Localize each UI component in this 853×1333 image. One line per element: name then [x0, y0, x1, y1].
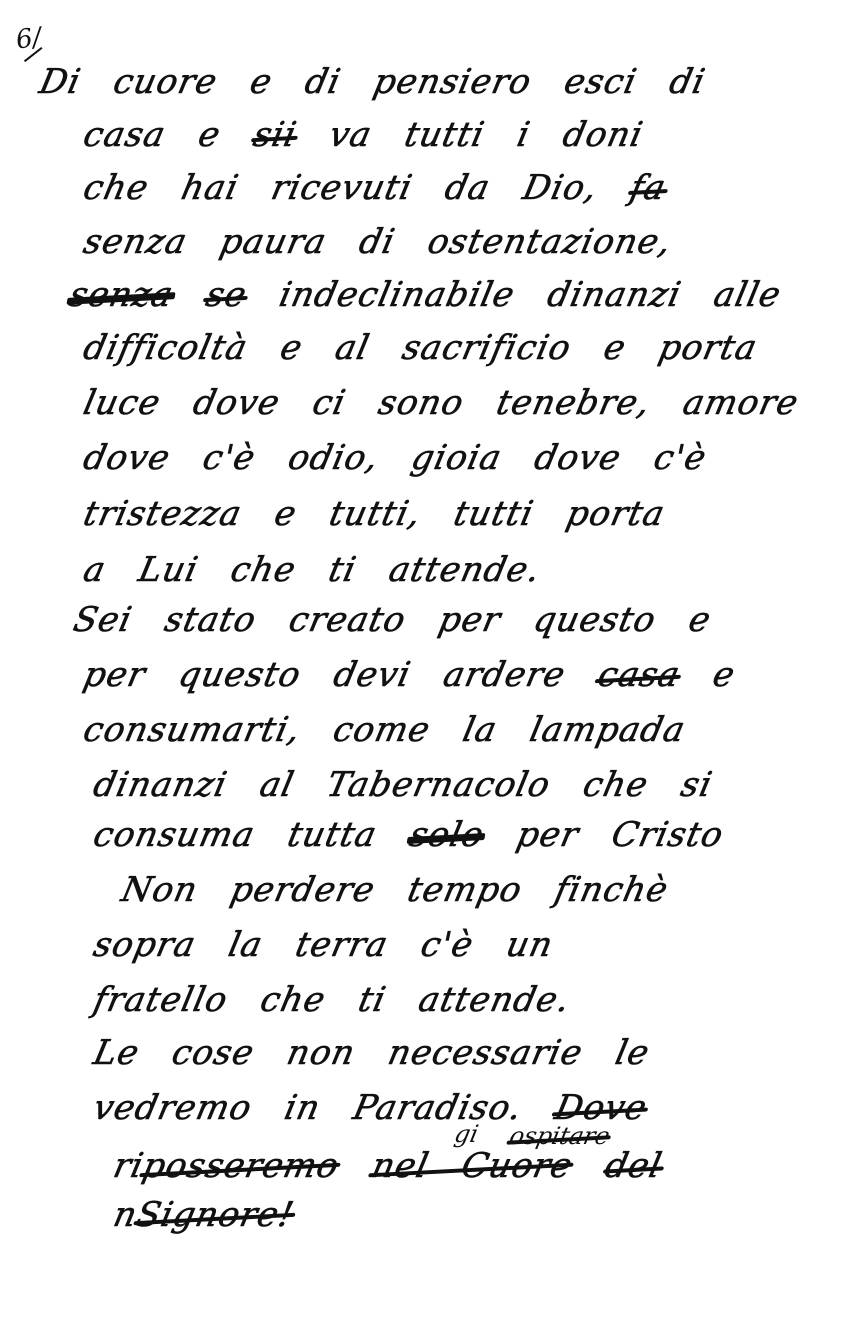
manuscript-page: 6/ Di cuore e di pensiero esci dicasa e … — [0, 0, 853, 1333]
line-text: Non perdere tempo finchè — [118, 870, 672, 910]
line-text: Sei stato creato per questo e — [70, 600, 715, 640]
line-text: indeclinabile dinanzi alle — [242, 275, 785, 315]
struck-out-word: Signore! — [133, 1195, 298, 1235]
line-text: vedremo in Paradiso. — [90, 1088, 560, 1128]
line-text: che hai ricevuti da Dio, — [80, 168, 635, 208]
manuscript-line: Non perdere tempo finchè — [118, 870, 672, 910]
manuscript-line: consuma tutta solo per Cristo — [90, 815, 727, 855]
manuscript-line: a Lui che ti attende. — [80, 550, 544, 590]
struck-out-word: fa — [627, 168, 670, 208]
manuscript-line: luce dove ci sono tenebre, amore — [80, 383, 802, 423]
manuscript-line: difficoltà e al sacrificio e porta — [80, 328, 761, 368]
line-text: consumarti, come la lampada — [80, 710, 689, 750]
line-text: casa e — [80, 115, 258, 155]
line-text: senza paura di ostentazione, — [80, 222, 675, 262]
struck-out-word: del — [602, 1146, 666, 1186]
line-text: dove c'è odio, gioia dove c'è — [80, 438, 710, 478]
manuscript-line: riposseremo nel Cuore del — [110, 1146, 666, 1186]
manuscript-line: casa e sii va tutti i doni — [80, 115, 647, 155]
manuscript-line: dove c'è odio, gioia dove c'è — [80, 438, 710, 478]
manuscript-line: nSignore! — [110, 1195, 298, 1235]
struck-out-word: nel Cuore — [368, 1146, 576, 1186]
page-number: 6/ — [14, 22, 43, 55]
manuscript-line: senza se indeclinabile dinanzi alle — [66, 275, 785, 315]
line-text: per Cristo — [479, 815, 727, 855]
line-text: consuma tutta — [90, 815, 415, 855]
line-text: difficoltà e al sacrificio e porta — [80, 328, 761, 368]
line-text: dinanzi al Tabernacolo che si — [90, 765, 716, 805]
interlinear-insertion: gi — [452, 1120, 481, 1148]
line-text: tristezza e tutti, tutti porta — [80, 494, 669, 534]
line-text: per questo devi ardere — [80, 655, 603, 695]
line-text: va tutti i doni — [292, 115, 647, 155]
struck-out-word: posseremo — [139, 1146, 343, 1186]
struck-out-word: senza — [66, 275, 177, 315]
struck-out-word: casa — [594, 655, 684, 695]
line-text: e — [676, 655, 739, 695]
struck-out-insertion: ospitare — [507, 1122, 612, 1150]
manuscript-line: Sei stato creato per questo e — [70, 600, 715, 640]
manuscript-line: Di cuore e di pensiero esci di — [36, 62, 709, 102]
line-text: Le cose non necessarie le — [90, 1033, 653, 1073]
manuscript-line: tristezza e tutti, tutti porta — [80, 494, 669, 534]
manuscript-line: consumarti, come la lampada — [80, 710, 689, 750]
manuscript-line: senza paura di ostentazione, — [80, 222, 675, 262]
struck-out-word: solo — [406, 815, 488, 855]
struck-out-word: sii — [250, 115, 301, 155]
manuscript-line: fratello che ti attende. — [90, 980, 574, 1020]
line-text: fratello che ti attende. — [90, 980, 574, 1020]
line-text: luce dove ci sono tenebre, amore — [80, 383, 802, 423]
manuscript-line: Le cose non necessarie le — [90, 1033, 653, 1073]
manuscript-line: per questo devi ardere casa e — [80, 655, 739, 695]
manuscript-line: dinanzi al Tabernacolo che si — [90, 765, 716, 805]
manuscript-line: sopra la terra c'è un — [90, 925, 557, 965]
line-text: sopra la terra c'è un — [90, 925, 557, 965]
line-text: Di cuore e di pensiero esci di — [36, 62, 709, 102]
line-text: a Lui che ti attende. — [80, 550, 544, 590]
manuscript-line: che hai ricevuti da Dio, fa — [80, 168, 670, 208]
